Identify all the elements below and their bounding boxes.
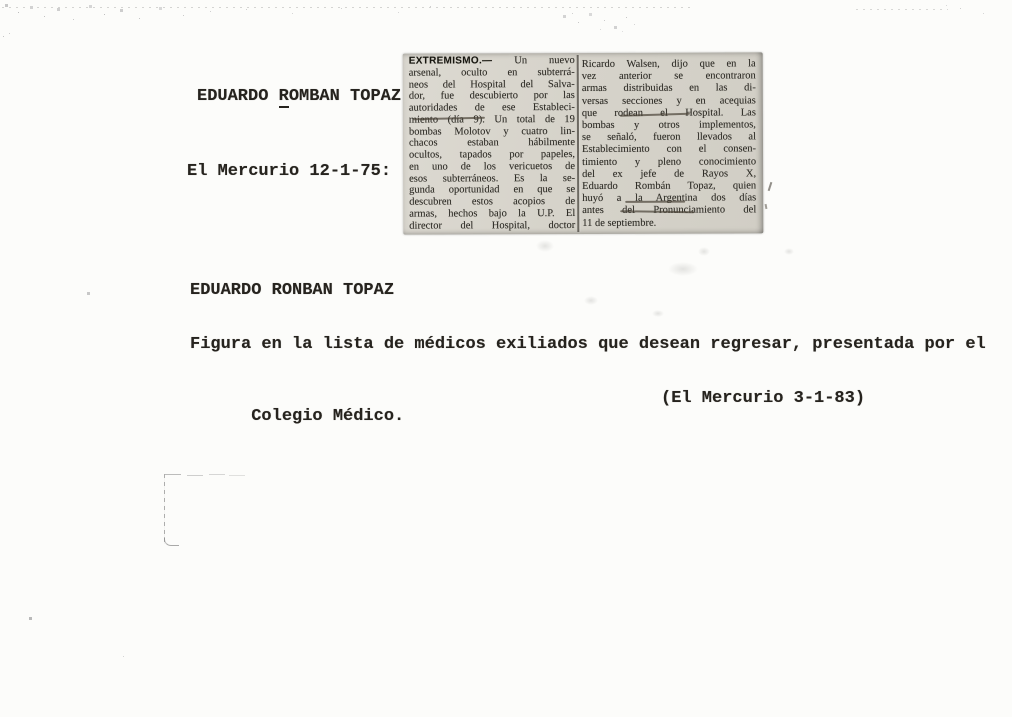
clipping-line: arsenal, oculto en subterrá- [409,67,575,79]
clipping-line: en uno de los vericuetos de [409,161,575,173]
newspaper-clipping: EXTREMISMO.— Un nuevo arsenal, oculto en… [403,52,764,234]
clipping-column-divider [577,55,580,232]
clipping-line: Ricardo Walsen, dijo que en la [582,58,756,71]
clipping-line: chacos estaban hábilmente [409,137,575,149]
scan-speckles [0,0,1,1]
typed-footer-block: EDUARDO RONBAN TOPAZ Figura en la lista … [190,246,1002,498]
clipping-line-text: Un nuevo [514,55,574,66]
clipping-line: descubren estos acopios de [409,196,575,208]
scan-noise-streak [2,7,690,8]
clipping-line: 11 de septiembre. [582,217,756,230]
clipping-line: del ex jefe de Rayos X, [582,168,756,181]
clipping-line: timiento y pleno conocimiento [582,156,756,169]
clipping-line: se señaló, fueron llevados al [582,132,756,145]
clipping-line: ocultos, tapados por papeles, [409,149,575,161]
clipping-line: bombas Molotov y cuatro lin- [409,126,575,138]
pencil-bracket-mark [164,474,165,544]
scan-noise-streak [856,9,948,10]
underlined-letter: R [279,87,289,108]
name-part: EDUARDO [197,87,279,106]
clipping-line: miento (día 9). Un total de 19 [409,114,575,126]
scanned-document-page: EDUARDO ROMBAN TOPAZ El Mercurio 12-1-75… [0,0,1012,717]
handwritten-tick-mark [765,204,768,209]
clipping-line: versas secciones y en acequias [582,95,756,108]
closing-citation: (El Mercurio 3-1-83) [661,390,865,408]
clipping-line: autoridades de ese Estableci- [409,102,575,114]
source-citation-line: El Mercurio 12-1-75: [187,159,401,184]
pen-underline-argentina-mark [625,201,685,203]
clipping-left-column: EXTREMISMO.— Un nuevo arsenal, oculto en… [409,55,576,232]
handwritten-tick-mark [768,182,773,191]
pencil-bracket-mark [165,474,181,475]
clipping-line: armas, hechos bajo la U.P. El [409,208,575,220]
clipping-line: Establecimiento con el consen- [582,144,756,157]
clipping-line: gunda oportunidad en que se [409,184,575,196]
pencil-bracket-mark [164,537,179,546]
clipping-line: EXTREMISMO.— Un nuevo [409,55,575,67]
clipping-line: neos del Hospital del Salva- [409,79,575,91]
clipping-line: esos subterráneos. Es la se- [409,173,575,185]
clipping-line: vez anterior se encontraron [582,71,756,84]
clipping-line: director del Hospital, doctor [409,220,575,232]
name-part: OMBAN TOPAZ [289,87,401,106]
clipping-right-column: Ricardo Walsen, dijo que en la vez anter… [582,58,757,229]
description-line: Figura en la lista de médicos exiliados … [190,336,1002,354]
closing-text: Colegio Médico. [251,407,404,426]
clipping-line: dor, fue descubierto por las [409,90,575,102]
clipping-line: bombas y otros implementos, [582,119,756,132]
scan-speckles [560,10,561,11]
clipping-line: huyó a la Argentina dos días [582,193,756,206]
closing-line: Colegio Médico. (El Mercurio 3-1-83) [190,390,1002,462]
subject-name-line: EDUARDO ROMBAN TOPAZ [187,84,401,109]
clipping-line: armas distribuidas en las di- [582,83,756,96]
subject-name-line: EDUARDO RONBAN TOPAZ [190,282,1002,300]
clipping-line: Eduardo Rombán Topaz, quien [582,180,756,193]
clipping-headline: EXTREMISMO.— [409,55,493,66]
typed-header-block: EDUARDO ROMBAN TOPAZ El Mercurio 12-1-75… [187,34,401,234]
